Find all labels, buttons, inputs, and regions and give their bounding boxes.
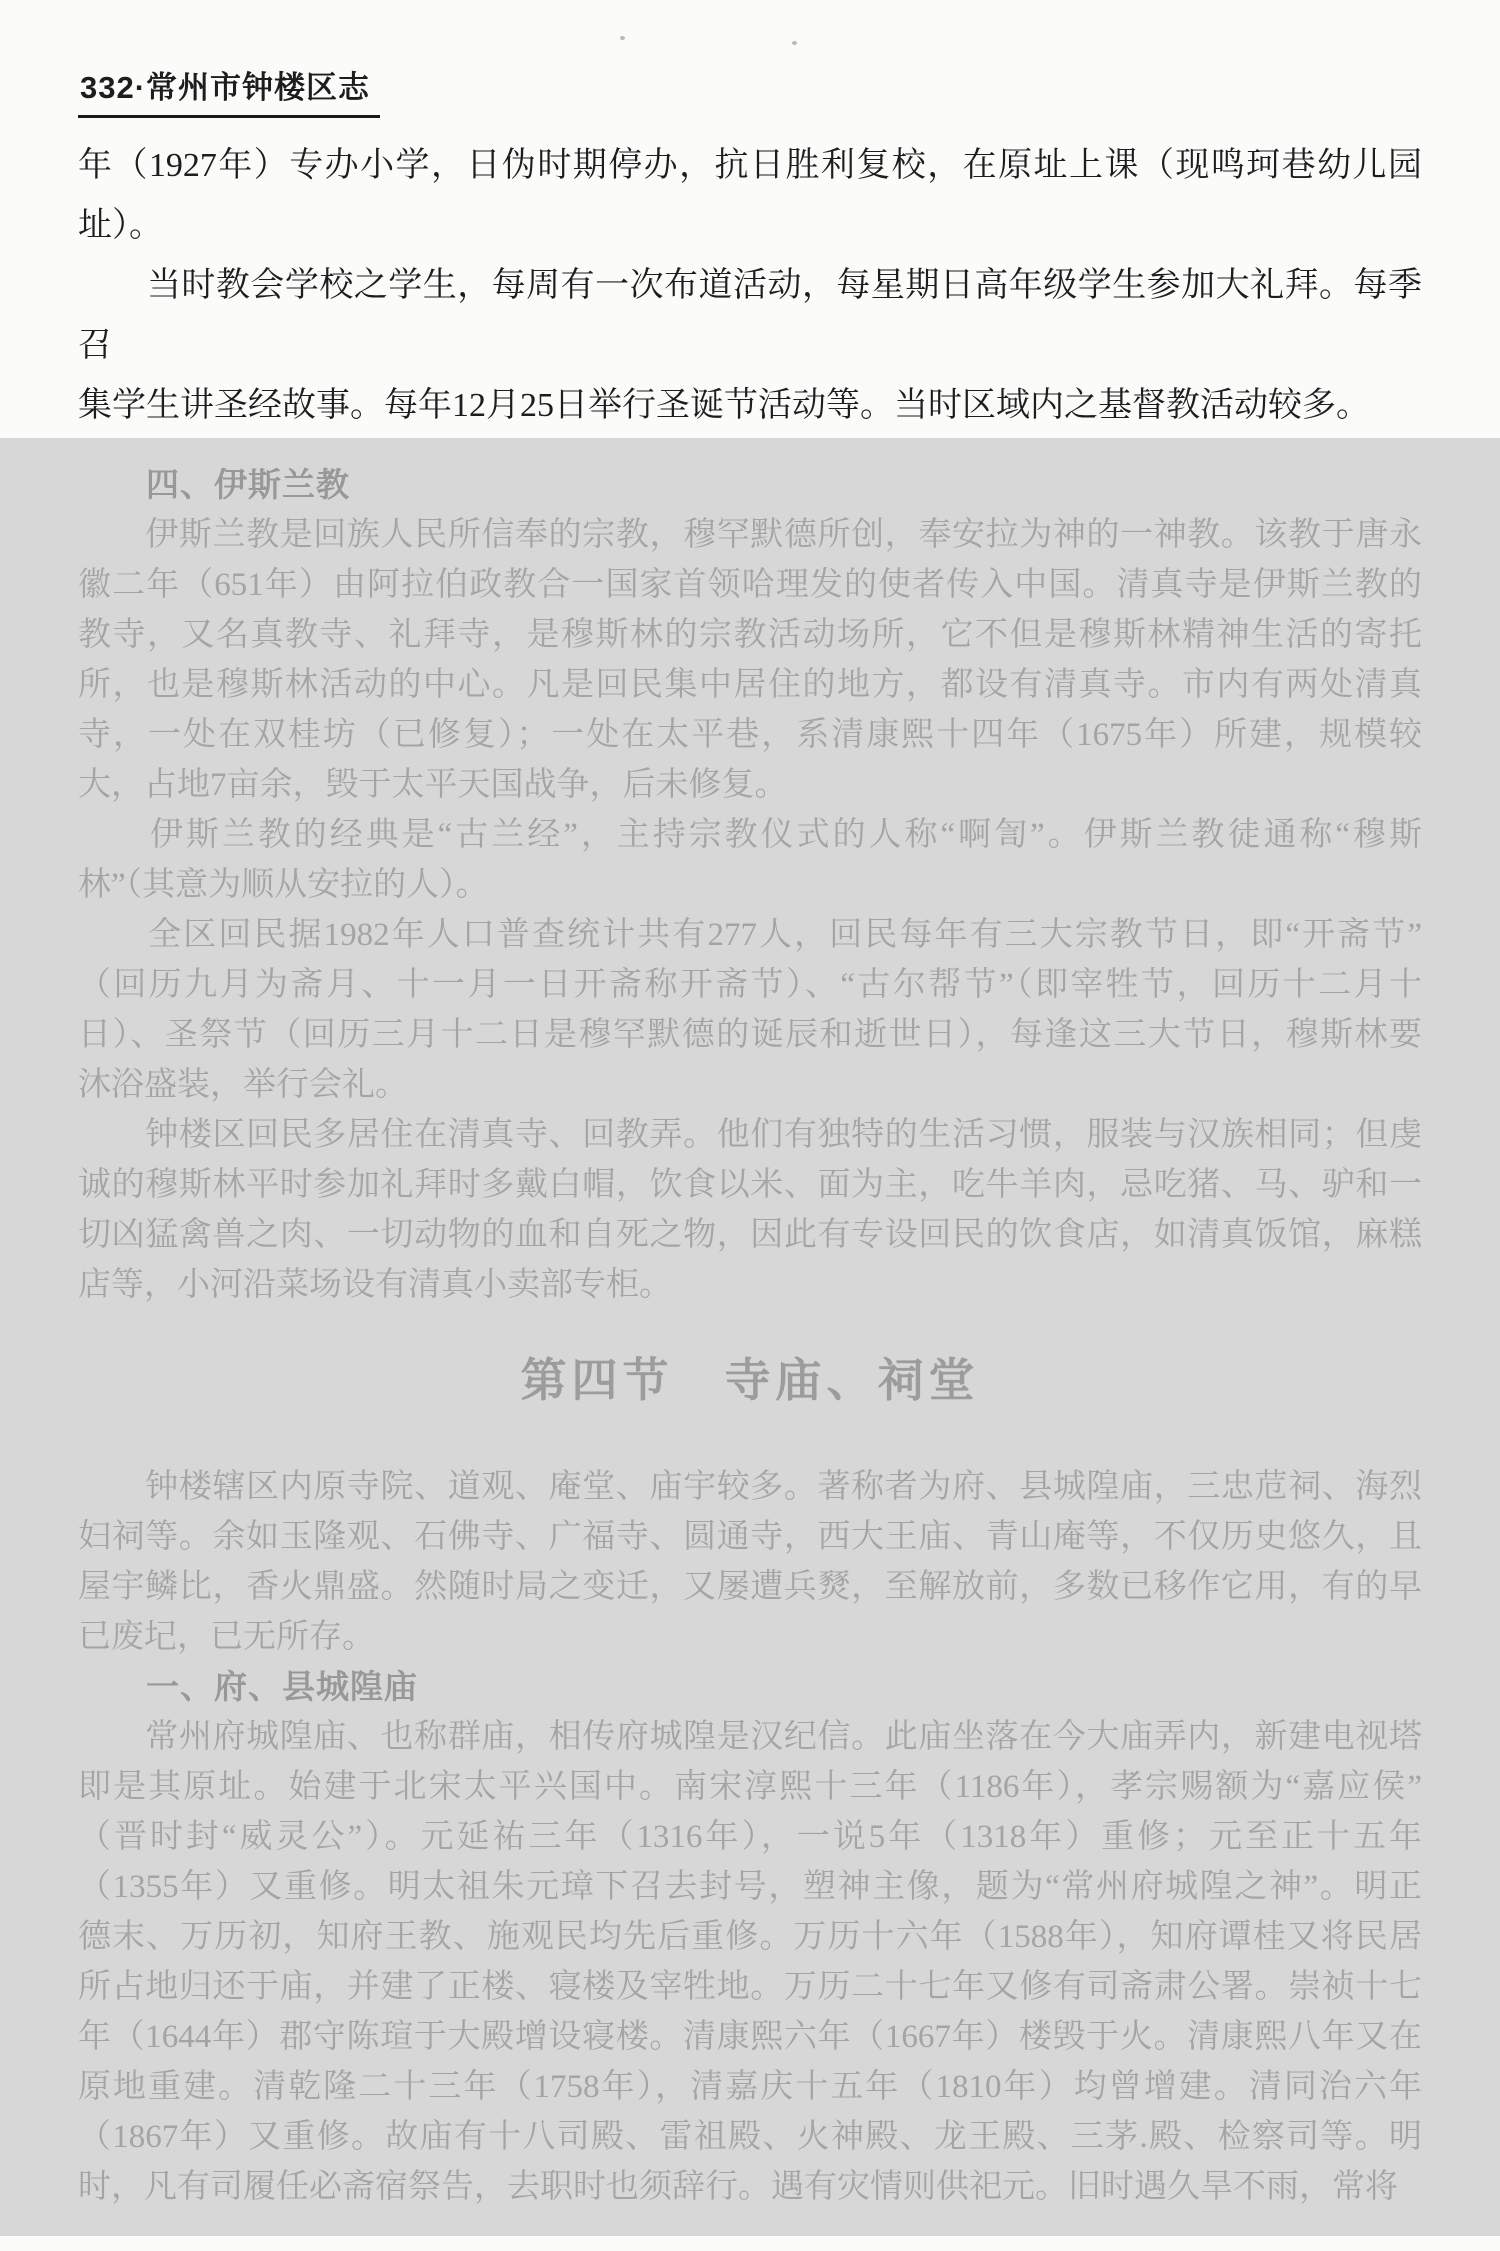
text-line: 大，占地7亩余，毁于太平天国战争，后未修复。 bbox=[78, 760, 1422, 810]
text-line: 所，也是穆斯林活动的中心。凡是回民集中居住的地方，都设有清真寺。市内有两处清真 bbox=[78, 660, 1422, 710]
text-line: 日）、圣祭节（回历三月十二日是穆罕默德的诞辰和逝世日），每逢这三大节日，穆斯林要 bbox=[78, 1010, 1422, 1060]
text-line: 常州府城隍庙、也称群庙，相传府城隍是汉纪信。此庙坐落在今大庙弄内，新建电视塔 bbox=[78, 1712, 1422, 1762]
text-line: 钟楼区回民多居住在清真寺、回教弄。他们有独特的生活习惯，服装与汉族相同；但虔 bbox=[78, 1110, 1422, 1160]
text-line: 教寺，又名真教寺、礼拜寺，是穆斯林的宗教活动场所，它不但是穆斯林精神生活的寄托 bbox=[78, 610, 1422, 660]
text-line: 原地重建。清乾隆二十三年（1758年），清嘉庆十五年（1810年）均曾增建。清同… bbox=[78, 2062, 1422, 2112]
faded-scan-block: 四、伊斯兰教 伊斯兰教是回族人民所信奉的宗教，穆罕默德所创，奉安拉为神的一神教。… bbox=[0, 438, 1500, 2236]
text-line: 切凶猛禽兽之肉、一切动物的血和自死之物，因此有专设回民的饮食店，如清真饭馆，麻糕 bbox=[78, 1210, 1422, 1260]
text-line: （1355年）又重修。明太祖朱元璋下召去封号，塑神主像，题为“常州府城隍之神”。… bbox=[78, 1862, 1422, 1912]
text-line: （回历九月为斋月、十一月一日开斋称开斋节）、“古尔帮节”（即宰牲节，回历十二月十 bbox=[78, 960, 1422, 1010]
text-line: 时，凡有司履任必斋宿祭告，去职时也须辞行。遇有灾情则供祀元。旧时遇久旱不雨，常将 bbox=[78, 2162, 1422, 2212]
text-line: 诚的穆斯林平时参加礼拜时多戴白帽，饮食以米、面为主，吃牛羊肉，忌吃猪、马、驴和一 bbox=[78, 1160, 1422, 1210]
text-line: 林”（其意为顺从安拉的人）。 bbox=[78, 860, 1422, 910]
text-line: 钟楼辖区内原寺院、道观、庵堂、庙宇较多。著称者为府、县城隍庙，三忠苊祠、海烈 bbox=[78, 1462, 1422, 1512]
text-line: 当时教会学校之学生，每周有一次布道活动，每星期日高年级学生参加大礼拜。每季召 bbox=[78, 256, 1422, 376]
paragraph-islam-customs: 钟楼区回民多居住在清真寺、回教弄。他们有独特的生活习惯，服装与汉族相同；但虔诚的… bbox=[78, 1110, 1422, 1310]
text-line: 妇祠等。余如玉隆观、石佛寺、广福寺、圆通寺，西大王庙、青山庵等，不仅历史悠久，且 bbox=[78, 1512, 1422, 1562]
text-line: 徽二年（651年）由阿拉伯政教合一国家首领哈理发的使者传入中国。清真寺是伊斯兰教… bbox=[78, 560, 1422, 610]
section-title-temples: 第四节 寺庙、祠堂 bbox=[78, 1350, 1422, 1410]
paragraph-chenghuang-history: 常州府城隍庙、也称群庙，相传府城隍是汉纪信。此庙坐落在今大庙弄内，新建电视塔即是… bbox=[78, 1712, 1422, 2212]
text-line: 集学生讲圣经故事。每年12月25日举行圣诞节活动等。当时区域内之基督教活动较多。 bbox=[78, 376, 1422, 436]
top-text-block: 年（1927年）专办小学，日伪时期停办，抗日胜利复校，在原址上课（现鸣珂巷幼儿园… bbox=[78, 136, 1422, 436]
scan-artifact-dot bbox=[792, 41, 797, 45]
text-line: 址）。 bbox=[78, 196, 1422, 256]
section-heading-islam: 四、伊斯兰教 bbox=[78, 460, 1422, 510]
text-line: 屋宇鳞比，香火鼎盛。然随时局之变迁，又屡遭兵燹，至解放前，多数已移作它用，有的早 bbox=[78, 1562, 1422, 1612]
subsection-heading-chenghuang-temple: 一、府、县城隍庙 bbox=[78, 1662, 1422, 1712]
scanned-book-page: 332·常州市钟楼区志 年（1927年）专办小学，日伪时期停办，抗日胜利复校，在… bbox=[0, 0, 1500, 2251]
text-line: 年（1927年）专办小学，日伪时期停办，抗日胜利复校，在原址上课（现鸣珂巷幼儿园 bbox=[78, 136, 1422, 196]
text-line: 沐浴盛装，举行会礼。 bbox=[78, 1060, 1422, 1110]
text-line: 所占地归还于庙，并建了正楼、寝楼及宰牲地。万历二十七年又修有司斋肃公署。崇祯十七 bbox=[78, 1962, 1422, 2012]
paragraph-islam-scripture: 伊斯兰教的经典是“古兰经”，主持宗教仪式的人称“啊訇”。伊斯兰教徒通称“穆斯林”… bbox=[78, 810, 1422, 910]
text-line: 即是其原址。始建于北宋太平兴国中。南宋淳熙十三年（1186年），孝宗赐额为“嘉应… bbox=[78, 1762, 1422, 1812]
running-head-title: 332·常州市钟楼区志 bbox=[78, 62, 380, 118]
text-line: 全区回民据1982年人口普查统计共有277人，回民每年有三大宗教节日，即“开斋节… bbox=[78, 910, 1422, 960]
text-line: 德末、万历初，知府王教、施观民均先后重修。万历十六年（1588年），知府谭桂又将… bbox=[78, 1912, 1422, 1962]
text-line: 寺，一处在双桂坊（已修复）；一处在太平巷，系清康熙十四年（1675年）所建，规模… bbox=[78, 710, 1422, 760]
text-line: 伊斯兰教的经典是“古兰经”，主持宗教仪式的人称“啊訇”。伊斯兰教徒通称“穆斯 bbox=[78, 810, 1422, 860]
paragraph-school-continuation: 年（1927年）专办小学，日伪时期停办，抗日胜利复校，在原址上课（现鸣珂巷幼儿园… bbox=[78, 136, 1422, 256]
text-line: 已废圮，已无所存。 bbox=[78, 1612, 1422, 1662]
paragraph-church-activities: 当时教会学校之学生，每周有一次布道活动，每星期日高年级学生参加大礼拜。每季召集学… bbox=[78, 256, 1422, 436]
paragraph-islam-origin: 伊斯兰教是回族人民所信奉的宗教，穆罕默德所创，奉安拉为神的一神教。该教于唐永徽二… bbox=[78, 510, 1422, 810]
text-line: 伊斯兰教是回族人民所信奉的宗教，穆罕默德所创，奉安拉为神的一神教。该教于唐永 bbox=[78, 510, 1422, 560]
paragraph-islam-festivals: 全区回民据1982年人口普查统计共有277人，回民每年有三大宗教节日，即“开斋节… bbox=[78, 910, 1422, 1110]
text-line: 年（1644年）郡守陈瑄于大殿增设寝楼。清康熙六年（1667年）楼毁于火。清康熙… bbox=[78, 2012, 1422, 2062]
text-line: 店等，小河沿菜场设有清真小卖部专柜。 bbox=[78, 1260, 1422, 1310]
text-line: （1867年）又重修。故庙有十八司殿、雷祖殿、火神殿、龙王殿、三茅.殿、检察司等… bbox=[78, 2112, 1422, 2162]
text-line: （晋时封“威灵公”）。元延祐三年（1316年），一说5年（1318年）重修；元至… bbox=[78, 1812, 1422, 1862]
page-header: 332·常州市钟楼区志 bbox=[78, 62, 1422, 118]
scan-artifact-dot bbox=[620, 36, 625, 40]
paragraph-temples-intro: 钟楼辖区内原寺院、道观、庵堂、庙宇较多。著称者为府、县城隍庙，三忠苊祠、海烈妇祠… bbox=[78, 1462, 1422, 1662]
